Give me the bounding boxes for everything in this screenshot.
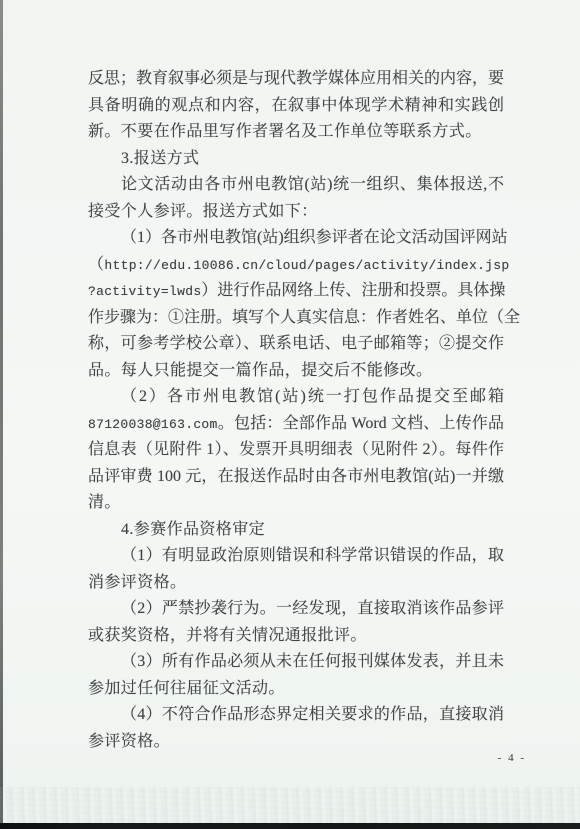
- doc-line: （2）严禁抄袭行为。一经发现，直接取消该作品参评: [88, 596, 504, 623]
- doc-line: （4）不符合作品形态界定相关要求的作品，直接取消: [88, 702, 504, 729]
- doc-line: 参加过任何往届征文活动。: [88, 676, 504, 703]
- doc-line: （3）所有作品必须从未在任何报刊媒体发表，并且未: [88, 649, 504, 676]
- doc-line: 作步骤为：①注册。填写个人真实信息：作者姓名、单位（全: [88, 305, 504, 332]
- doc-line: 品评审费 100 元，在报送作品时由各市州电教馆(站)一并缴: [88, 464, 504, 491]
- document-page: 反思；教育叙事必须是与现代教学媒体应用相关的内容，要 具备明确的观点和内容，在叙…: [0, 0, 580, 829]
- doc-line-text: ）进行作品网络上传、注册和投票。具体操: [201, 282, 505, 299]
- doc-line: （1）有明显政治原则错误和科学常识错误的作品，取: [88, 543, 504, 570]
- doc-line: （1）各市州电教馆(站)组织参评者在论文活动国评网站: [88, 225, 504, 252]
- doc-line: 新。不要在作品里写作者署名及工作单位等联系方式。: [88, 119, 504, 146]
- doc-line: 具备明确的观点和内容，在叙事中体现学术精神和实践创: [88, 93, 504, 120]
- scan-noise-strip: [0, 787, 580, 823]
- doc-line: 或获奖资格，并将有关情况通报批评。: [88, 623, 504, 650]
- scan-edge-bottom: [0, 823, 580, 829]
- doc-line-url: ?activity=lwds）进行作品网络上传、注册和投票。具体操: [88, 278, 504, 305]
- doc-line: 信息表（见附件 1）、发票开具明细表（见附件 2）。每件作: [88, 437, 504, 464]
- doc-line: 反思；教育叙事必须是与现代教学媒体应用相关的内容，要: [88, 66, 504, 93]
- doc-line: 品。每人只能提交一篇作品，提交后不能修改。: [88, 358, 504, 385]
- email-address-text: 87120038@163.com: [88, 417, 218, 432]
- activity-url-text: http://edu.10086.cn/cloud/pages/activity…: [104, 258, 509, 273]
- doc-line-url: （http://edu.10086.cn/cloud/pages/activit…: [88, 252, 504, 279]
- doc-line: 消参评资格。: [88, 570, 504, 597]
- doc-line: 论文活动由各市州电教馆(站)统一组织、集体报送,不: [88, 172, 504, 199]
- page-number: - 4 -: [498, 752, 526, 764]
- doc-line: 参评资格。: [88, 729, 504, 756]
- doc-line-email: 87120038@163.com。包括：全部作品 Word 文档、上传作品: [88, 411, 504, 438]
- document-text-column: 反思；教育叙事必须是与现代教学媒体应用相关的内容，要 具备明确的观点和内容，在叙…: [88, 0, 504, 755]
- doc-line-text: 。包括：全部作品 Word 文档、上传作品: [218, 415, 504, 432]
- section-heading-4: 4.参赛作品资格审定: [88, 517, 504, 544]
- section-heading-3: 3.报送方式: [88, 146, 504, 173]
- scan-edge-left: [0, 0, 3, 829]
- doc-line: 清。: [88, 490, 504, 517]
- doc-line: 称，可参考学校公章）、联系电话、电子邮箱等；②提交作: [88, 331, 504, 358]
- doc-line: 接受个人参评。报送方式如下：: [88, 199, 504, 226]
- url-open-paren: （: [88, 256, 104, 273]
- doc-line: （2）各市州电教馆(站)统一打包作品提交至邮箱: [88, 384, 504, 411]
- activity-url-query-text: ?activity=lwds: [88, 284, 201, 299]
